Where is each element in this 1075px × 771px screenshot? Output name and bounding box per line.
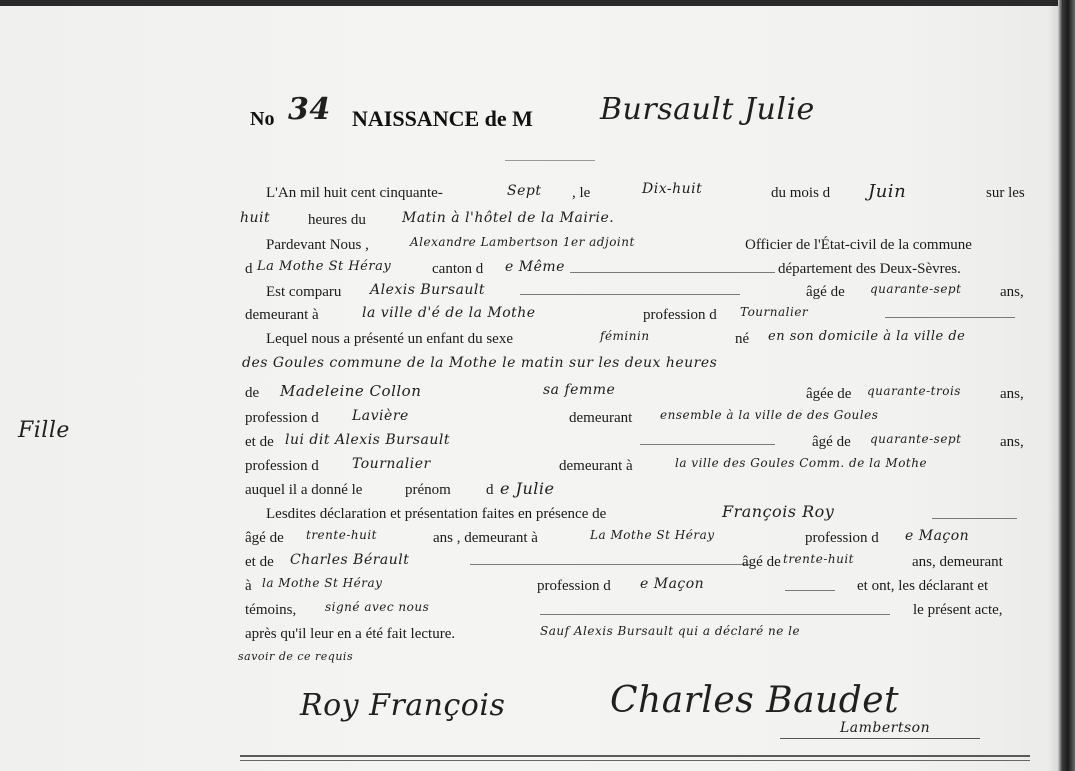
handwritten-birth-detail: des Goules commune de la Mothe le matin … — [242, 355, 717, 371]
printed-text: auquel il a donné le — [245, 482, 362, 499]
handwritten-year: Sept — [507, 183, 541, 199]
printed-text: témoins, — [245, 602, 296, 619]
handwritten-month: Juin — [868, 181, 906, 202]
printed-text: âgée de — [806, 386, 851, 403]
handwritten-hour: huit — [240, 210, 270, 226]
signature-underline — [780, 738, 980, 739]
printed-text: profession d — [245, 458, 319, 475]
handwritten-relation: sa femme — [543, 382, 615, 398]
handwritten-residence: ensemble à la ville de des Goules — [660, 408, 878, 422]
bottom-rule — [240, 760, 1030, 761]
signature-witness-1: Roy François — [300, 688, 505, 723]
handwritten-officer: Alexandre Lambertson 1er adjoint — [410, 235, 635, 249]
page-shadow — [1048, 0, 1058, 771]
printed-text: L'An mil huit cent cinquante- — [266, 185, 443, 202]
printed-text: demeurant à — [559, 458, 633, 475]
handwritten-given-name: e Julie — [500, 479, 554, 498]
handwritten-profession: e Maçon — [905, 528, 969, 544]
printed-text: Lesdites déclaration et présentation fai… — [266, 506, 606, 523]
printed-text: profession d — [805, 530, 879, 547]
printed-text: de — [245, 385, 259, 402]
printed-text: heures du — [308, 212, 366, 229]
printed-text: le présent acte, — [913, 602, 1003, 619]
signature-witness-2: Charles Baudet — [610, 680, 899, 721]
printed-text: prénom — [405, 482, 451, 499]
printed-text: né — [735, 331, 749, 348]
printed-text: ans , demeurant à — [433, 530, 538, 547]
header-rule — [505, 160, 595, 161]
printed-text: sur les — [986, 185, 1025, 202]
fill-line — [785, 590, 835, 591]
printed-text: et de — [245, 554, 274, 571]
handwritten-profession: Lavière — [352, 408, 409, 424]
record-number: 34 — [288, 92, 331, 127]
fill-line — [570, 272, 775, 273]
printed-text: ans, — [1000, 386, 1024, 403]
fill-line — [540, 614, 890, 615]
book-spine — [1058, 0, 1075, 771]
handwritten-place: Matin à l'hôtel de la Mairie. — [402, 210, 614, 226]
fill-line — [885, 317, 1015, 318]
fill-line — [932, 518, 1017, 519]
handwritten-canton: e Même — [505, 259, 565, 275]
handwritten-commune: La Mothe St Héray — [257, 259, 391, 274]
margin-note: Fille — [18, 418, 70, 443]
handwritten-age: quarante-sept — [870, 432, 961, 446]
printed-text: âgé de — [245, 530, 284, 547]
printed-text: département des Deux-Sèvres. — [778, 261, 961, 278]
handwritten-residence: la ville d'é de la Mothe — [362, 305, 536, 321]
printed-text: à — [245, 578, 252, 595]
printed-text: et ont, les déclarant et — [857, 578, 988, 595]
handwritten-profession: Tournalier — [352, 456, 431, 472]
printed-text: Est comparu — [266, 284, 341, 301]
printed-text: Officier de l'État-civil de la commune — [745, 237, 972, 254]
printed-text: profession d — [537, 578, 611, 595]
register-page: No 34 NAISSANCE de M Bursault Julie Fill… — [0, 0, 1058, 771]
printed-text: âgé de — [742, 554, 781, 571]
handwritten-note: Sauf Alexis Bursault qui a déclaré ne le — [540, 624, 800, 638]
handwritten-witness-2: Charles Bérault — [290, 552, 409, 568]
bottom-rule — [240, 755, 1030, 757]
printed-text: d — [486, 482, 494, 499]
printed-text: , le — [572, 185, 590, 202]
printed-text: et de — [245, 434, 274, 451]
printed-text: ans, demeurant — [912, 554, 1003, 571]
printed-text: demeurant — [569, 410, 632, 427]
handwritten-residence: la Mothe St Héray — [262, 576, 382, 590]
printed-text: âgé de — [806, 284, 845, 301]
handwritten-signed: signé avec nous — [325, 600, 429, 614]
printed-text: profession d — [643, 307, 717, 324]
handwritten-birthplace: en son domicile à la ville de — [768, 329, 965, 344]
printed-text: après qu'il leur en a été fait lecture. — [245, 626, 455, 643]
handwritten-day: Dix-huit — [642, 181, 702, 197]
printed-text: ans, — [1000, 284, 1024, 301]
printed-text: âgé de — [812, 434, 851, 451]
fill-line — [470, 564, 750, 565]
handwritten-residence: la ville des Goules Comm. de la Mothe — [675, 456, 927, 470]
handwritten-sex: féminin — [600, 329, 650, 343]
printed-text: du mois d — [771, 185, 830, 202]
handwritten-age: quarante-sept — [870, 282, 961, 296]
printed-text: profession d — [245, 410, 319, 427]
printed-text: ans, — [1000, 434, 1024, 451]
handwritten-mother: Madeleine Collon — [280, 382, 421, 400]
handwritten-age: trente-huit — [306, 528, 377, 542]
handwritten-age: quarante-trois — [867, 384, 961, 398]
printed-text: canton d — [432, 261, 483, 278]
handwritten-witness-1: François Roy — [722, 502, 834, 521]
printed-text: d — [245, 261, 253, 278]
handwritten-residence: La Mothe St Héray — [590, 528, 715, 542]
handwritten-profession: e Maçon — [640, 576, 704, 592]
printed-text: demeurant à — [245, 307, 319, 324]
record-title: NAISSANCE de M — [352, 106, 533, 132]
printed-text: Lequel nous a présenté un enfant du sexe — [266, 331, 513, 348]
subject-name: Bursault Julie — [600, 92, 815, 127]
handwritten-profession: Tournalier — [740, 305, 808, 319]
handwritten-father: Alexis Bursault — [370, 282, 485, 298]
fill-line — [520, 294, 740, 295]
handwritten-note-cont: savoir de ce requis — [238, 650, 353, 663]
handwritten-father-ref: lui dit Alexis Bursault — [285, 432, 450, 448]
scan-top-edge — [0, 0, 1075, 6]
handwritten-age: trente-huit — [783, 552, 854, 566]
fill-line — [640, 444, 775, 445]
printed-text: Pardevant Nous , — [266, 237, 369, 254]
signature-officer: Lambertson — [840, 720, 930, 736]
number-label: No — [250, 108, 274, 131]
